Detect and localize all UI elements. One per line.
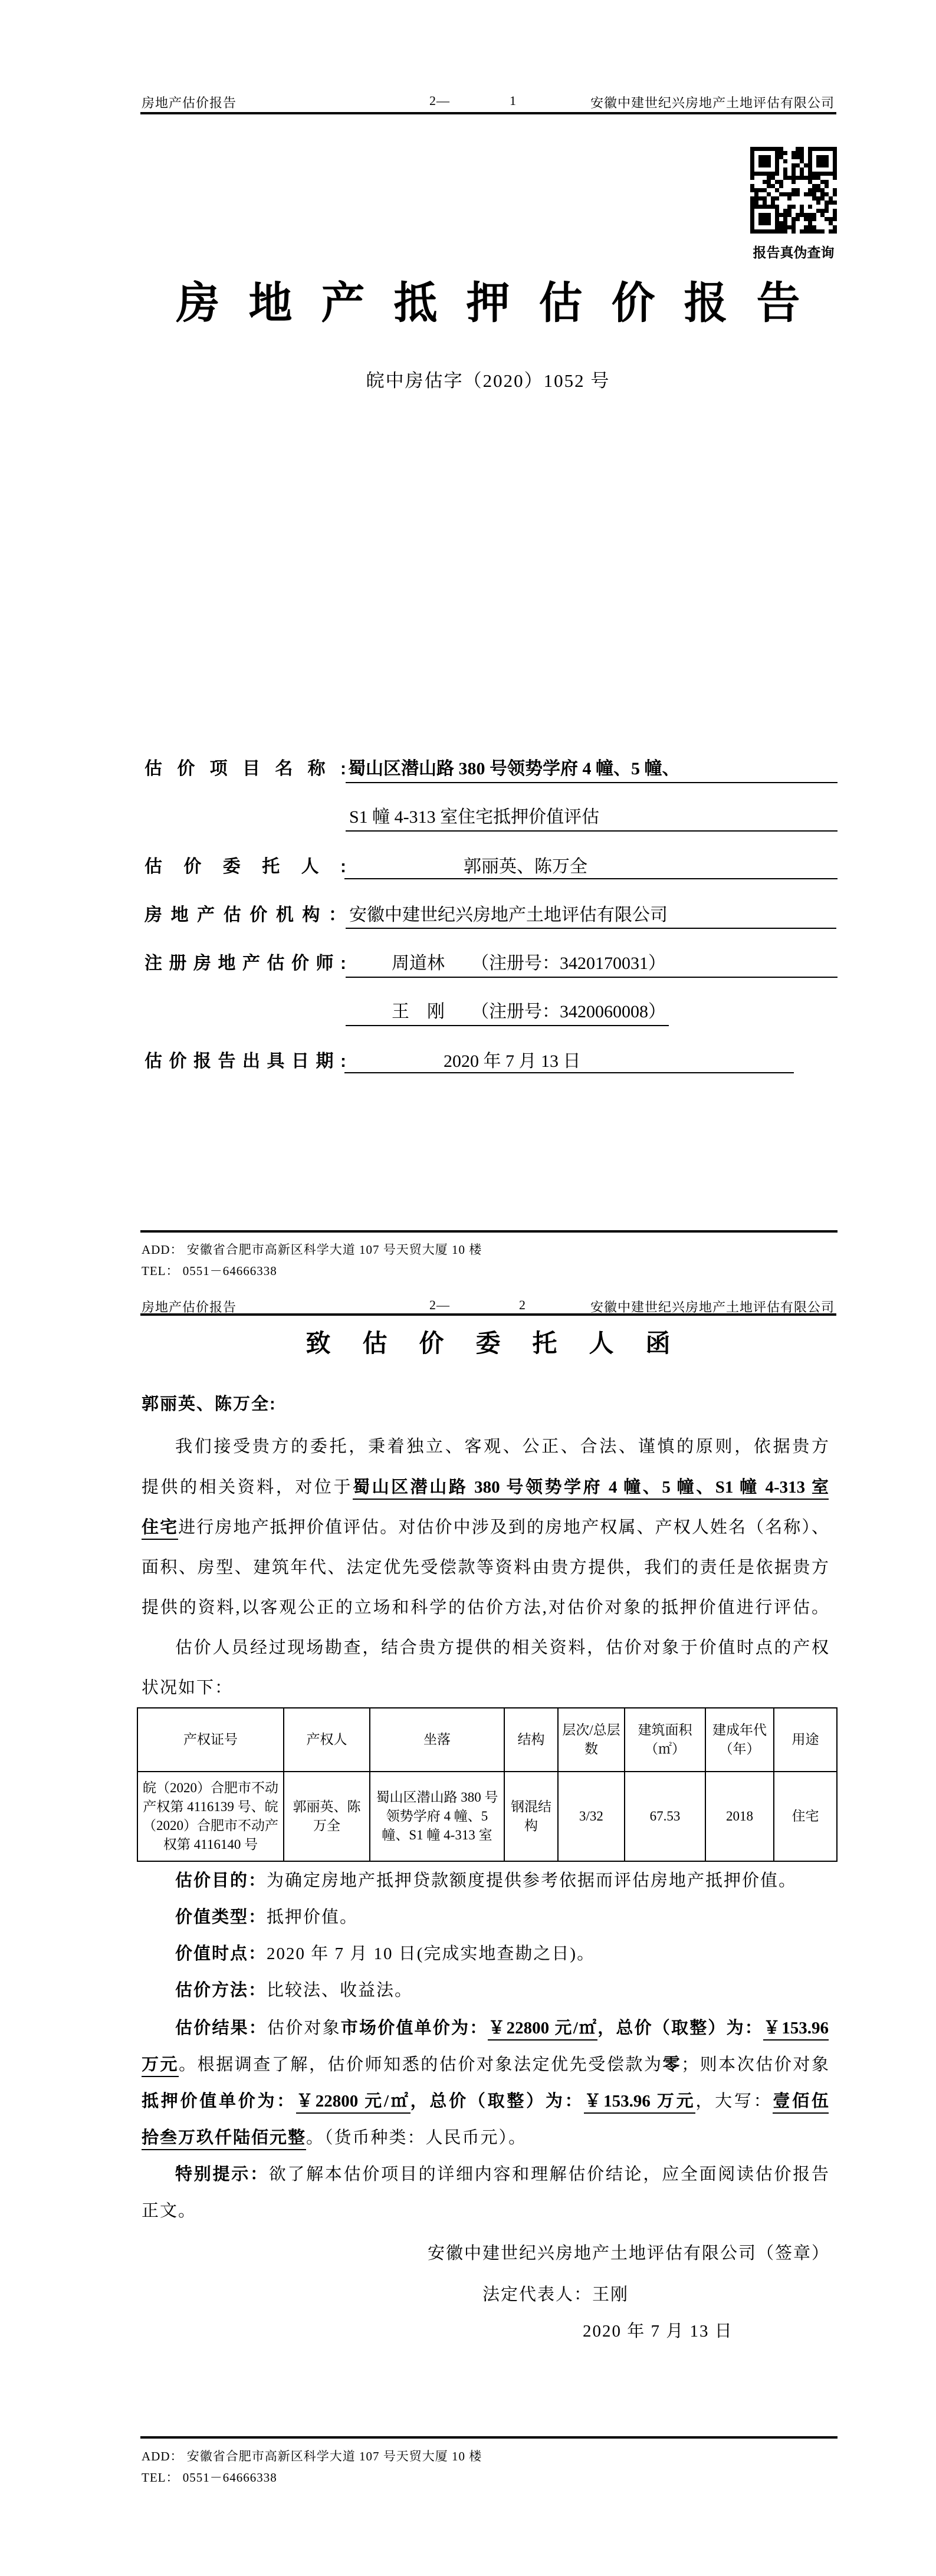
appraiser-1-underline <box>346 977 838 978</box>
report-document: { "page1": { "header": { "doc": "房地产估价报告… <box>0 0 936 2576</box>
item-value-type-label: 价值类型： <box>175 1908 267 1927</box>
item-value-type-text: 抵押价值。 <box>267 1908 358 1927</box>
para1-line3-property-emphasis: 住宅 <box>142 1518 178 1540</box>
table-cell-location: 蜀山区潜山路 380 号领势学府 4 幢、5 幢、S1 幢 4-313 室 <box>370 1772 504 1861</box>
table-cell-year: 2018 <box>705 1772 774 1861</box>
page1-header-doc-title: 房地产估价报告 <box>142 93 237 111</box>
item-purpose-label: 估价目的： <box>175 1871 267 1890</box>
page1-header-rule <box>140 112 836 114</box>
item-result-line4: 拾叁万玖仟陆佰元整。（货币种类：人民币元）。 <box>142 2124 527 2148</box>
project-underline-1 <box>346 782 838 783</box>
project-name-label: 估价项目名称: <box>144 754 346 780</box>
mortgage-unit-label: 抵押价值单价为： <box>142 2092 296 2111</box>
table-header-owner: 产权人 <box>284 1708 370 1772</box>
item-result-line3: 抵押价值单价为：￥22800 元/㎡，总价（取整）为：￥153.96 万元，大写… <box>142 2088 829 2112</box>
result-line2-text: 。根据调查了解，估价师知悉的估价对象法定优先受偿款为 <box>179 2055 662 2074</box>
page1-footer-phone: TEL： 0551－64666338 <box>142 1261 277 1279</box>
table-cell-area: 67.53 <box>625 1772 705 1861</box>
table-cell-use: 住宅 <box>774 1772 837 1861</box>
result-market-unit-price: ￥22800 元/㎡ <box>488 2019 597 2041</box>
project-name-value-line1: 蜀山区潜山路 380 号领势学府 4 幢、5 幢、 <box>348 754 680 780</box>
currency-note: 。（货币种类：人民币元）。 <box>306 2128 527 2147</box>
table-cell-cert-no: 皖（2020）合肥市不动产权第 4116139 号、皖（2020）合肥市不动产权… <box>137 1772 284 1861</box>
signature-date: 2020 年 7 月 13 日 <box>583 2318 733 2342</box>
page1-header-page-prefix: 2— <box>429 93 450 109</box>
issue-date-label: 估价报告出具日期: <box>144 1046 346 1072</box>
result-total-label: ，总价（取整）为： <box>597 2019 763 2038</box>
table-header-use: 用途 <box>774 1708 837 1772</box>
page2-footer-phone: TEL： 0551－64666338 <box>142 2468 277 2486</box>
page1-footer-address: ADD： 安徽省合肥市高新区科学大道 107 号天贸大厦 10 楼 <box>142 1240 482 1258</box>
result-total-price-part1: ￥153.96 <box>763 2019 829 2041</box>
item-result-line2: 万元。根据调查了解，估价师知悉的估价对象法定优先受偿款为零；则本次估价对象 <box>142 2051 829 2075</box>
result-subject: 估价对象 <box>267 2019 341 2038</box>
page1-header-company: 安徽中建世纪兴房地产土地评估有限公司 <box>590 93 835 111</box>
item-special-note-line1: 特别提示：欲了解本估价项目的详细内容和理解估价结论，应全面阅读估价报告 <box>175 2161 829 2185</box>
special-note-text: 欲了解本估价项目的详细内容和理解估价结论，应全面阅读估价报告 <box>269 2165 829 2184</box>
issue-date-value: 2020 年 7 月 13 日 <box>444 1046 581 1072</box>
item-value-date: 价值时点：2020 年 7 月 10 日(完成实地查勘之日)。 <box>175 1940 595 1964</box>
client-label: 估价委托人: <box>144 852 346 878</box>
table-cell-structure: 钢混结构 <box>504 1772 558 1861</box>
agency-underline <box>346 928 836 929</box>
appraiser-1-value: 周道林 （注册号：3420170031） <box>392 948 666 974</box>
client-value: 郭丽英、陈万全 <box>464 852 587 878</box>
table-header-location: 坐落 <box>370 1708 504 1772</box>
letter-para1-line2: 提供的相关资料，对位于蜀山区潜山路 380 号领势学府 4 幢、5 幢、S1 幢… <box>142 1474 829 1498</box>
result-market-unit-label: 市场价值单价为： <box>341 2019 488 2038</box>
agency-label: 房地产估价机构： <box>144 900 346 926</box>
special-note-label: 特别提示： <box>175 2165 269 2184</box>
report-title: 房地产抵押估价报告 <box>142 268 835 331</box>
capital-words-part1: 壹佰伍 <box>773 2092 829 2114</box>
project-name-value-line2: S1 幢 4-313 室住宅抵押价值评估 <box>349 802 599 828</box>
letter-para1-line3: 住宅进行房地产抵押价值评估。对估价中涉及到的房地产权属、产权人姓名（名称）、 <box>142 1514 829 1538</box>
item-method-text: 比较法、收益法。 <box>267 1981 413 2000</box>
page1-footer-rule <box>140 1230 838 1233</box>
signature-company: 安徽中建世纪兴房地产土地评估有限公司（签章） <box>428 2240 830 2264</box>
letter-salutation: 郭丽英、陈万全: <box>142 1391 277 1415</box>
para1-line2-property-emphasis: 蜀山区潜山路 380 号领势学府 4 幢、5 幢、S1 幢 4-313 室 <box>353 1478 829 1500</box>
page1-header-page-number: 1 <box>510 93 517 109</box>
item-result-label: 估价结果： <box>175 2019 267 2038</box>
result-zero-emphasis: 零 <box>663 2055 682 2074</box>
para1-line2-text: 提供的相关资料，对位于 <box>142 1478 353 1497</box>
report-number: 皖中房估字（2020）1052 号 <box>142 366 835 392</box>
table-header-row: 产权证号 产权人 坐落 结构 层次/总层数 建筑面积（㎡） 建成年代（年） 用途 <box>137 1708 837 1772</box>
item-special-note-line2: 正文。 <box>142 2197 196 2222</box>
item-value-date-text: 2020 年 7 月 10 日(完成实地查勘之日)。 <box>267 1944 595 1963</box>
item-result-line1: 估价结果：估价对象市场价值单价为：￥22800 元/㎡，总价（取整）为：￥153… <box>175 2015 829 2039</box>
client-underline <box>344 878 838 879</box>
page2-footer-address: ADD： 安徽省合肥市高新区科学大道 107 号天贸大厦 10 楼 <box>142 2447 482 2465</box>
letter-heading: 致估价委托人函 <box>142 1324 835 1359</box>
page-1: 房地产估价报告 2— 1 安徽中建世纪兴房地产土地评估有限公司 报告真伪查询 房… <box>0 0 936 1288</box>
table-header-year: 建成年代（年） <box>705 1708 774 1772</box>
letter-para2-line1: 估价人员经过现场勘查，结合贵方提供的相关资料，估价对象于价值时点的产权 <box>175 1634 829 1658</box>
page2-header-rule <box>140 1313 836 1316</box>
item-method: 估价方法：比较法、收益法。 <box>175 1977 413 2001</box>
table-header-area: 建筑面积（㎡） <box>625 1708 705 1772</box>
mortgage-unit-price: ￥22800 元/㎡ <box>296 2092 410 2114</box>
appraiser-label: 注册房地产估价师: <box>144 948 346 974</box>
qr-caption: 报告真伪查询 <box>745 242 842 261</box>
capital-words-label: ，大写： <box>695 2092 773 2111</box>
result-line2-text2: ；则本次估价对象 <box>681 2055 829 2074</box>
agency-value: 安徽中建世纪兴房地产土地评估有限公司 <box>349 900 668 926</box>
letter-para2-line2: 状况如下： <box>142 1674 233 1698</box>
table-data-row: 皖（2020）合肥市不动产权第 4116139 号、皖（2020）合肥市不动产权… <box>137 1772 837 1861</box>
table-header-structure: 结构 <box>504 1708 558 1772</box>
issue-date-underline <box>344 1072 794 1073</box>
project-underline-2 <box>346 830 838 832</box>
qr-code <box>750 147 837 234</box>
letter-para1-line5: 提供的资料,以客观公正的立场和科学的估价方法,对估价对象的抵押价值进行评估。 <box>142 1594 829 1618</box>
capital-words-part2: 拾叁万玖仟陆佰元整 <box>142 2128 306 2150</box>
mortgage-total-label: ，总价（取整）为： <box>410 2092 584 2111</box>
letter-para1-line1: 我们接受贵方的委托，秉着独立、客观、公正、合法、谨慎的原则，依据贵方 <box>175 1433 829 1457</box>
item-value-date-label: 价值时点： <box>175 1944 267 1963</box>
table-header-cert-no: 产权证号 <box>137 1708 284 1772</box>
item-purpose-text: 为确定房地产抵押贷款额度提供参考依据而评估房地产抵押价值。 <box>267 1871 797 1890</box>
table-cell-owner: 郭丽英、陈万全 <box>284 1772 370 1861</box>
appraiser-2-value: 王 刚 （注册号：3420060008） <box>392 997 666 1023</box>
appraiser-2-underline <box>346 1025 669 1026</box>
mortgage-total-price: ￥153.96 万元 <box>584 2092 695 2114</box>
result-total-price-part2: 万元 <box>142 2055 179 2077</box>
table-header-floor: 层次/总层数 <box>558 1708 625 1772</box>
property-rights-table: 产权证号 产权人 坐落 结构 层次/总层数 建筑面积（㎡） 建成年代（年） 用途… <box>137 1707 838 1862</box>
table-cell-floor: 3/32 <box>558 1772 625 1861</box>
page2-footer-rule <box>140 2436 838 2439</box>
page2-header-page-number: 2 <box>519 1297 526 1313</box>
para1-line3-text: 进行房地产抵押价值评估。对估价中涉及到的房地产权属、产权人姓名（名称）、 <box>178 1518 829 1537</box>
signature-legal-rep: 法定代表人：王刚 <box>482 2281 629 2305</box>
item-purpose: 估价目的：为确定房地产抵押贷款额度提供参考依据而评估房地产抵押价值。 <box>175 1867 797 1891</box>
letter-para1-line4: 面积、房型、建筑年代、法定优先受偿款等资料由贵方提供，我们的责任是依据贵方 <box>142 1554 829 1578</box>
item-value-type: 价值类型：抵押价值。 <box>175 1904 358 1928</box>
item-method-label: 估价方法： <box>175 1981 267 2000</box>
page2-header-page-prefix: 2— <box>429 1297 450 1313</box>
